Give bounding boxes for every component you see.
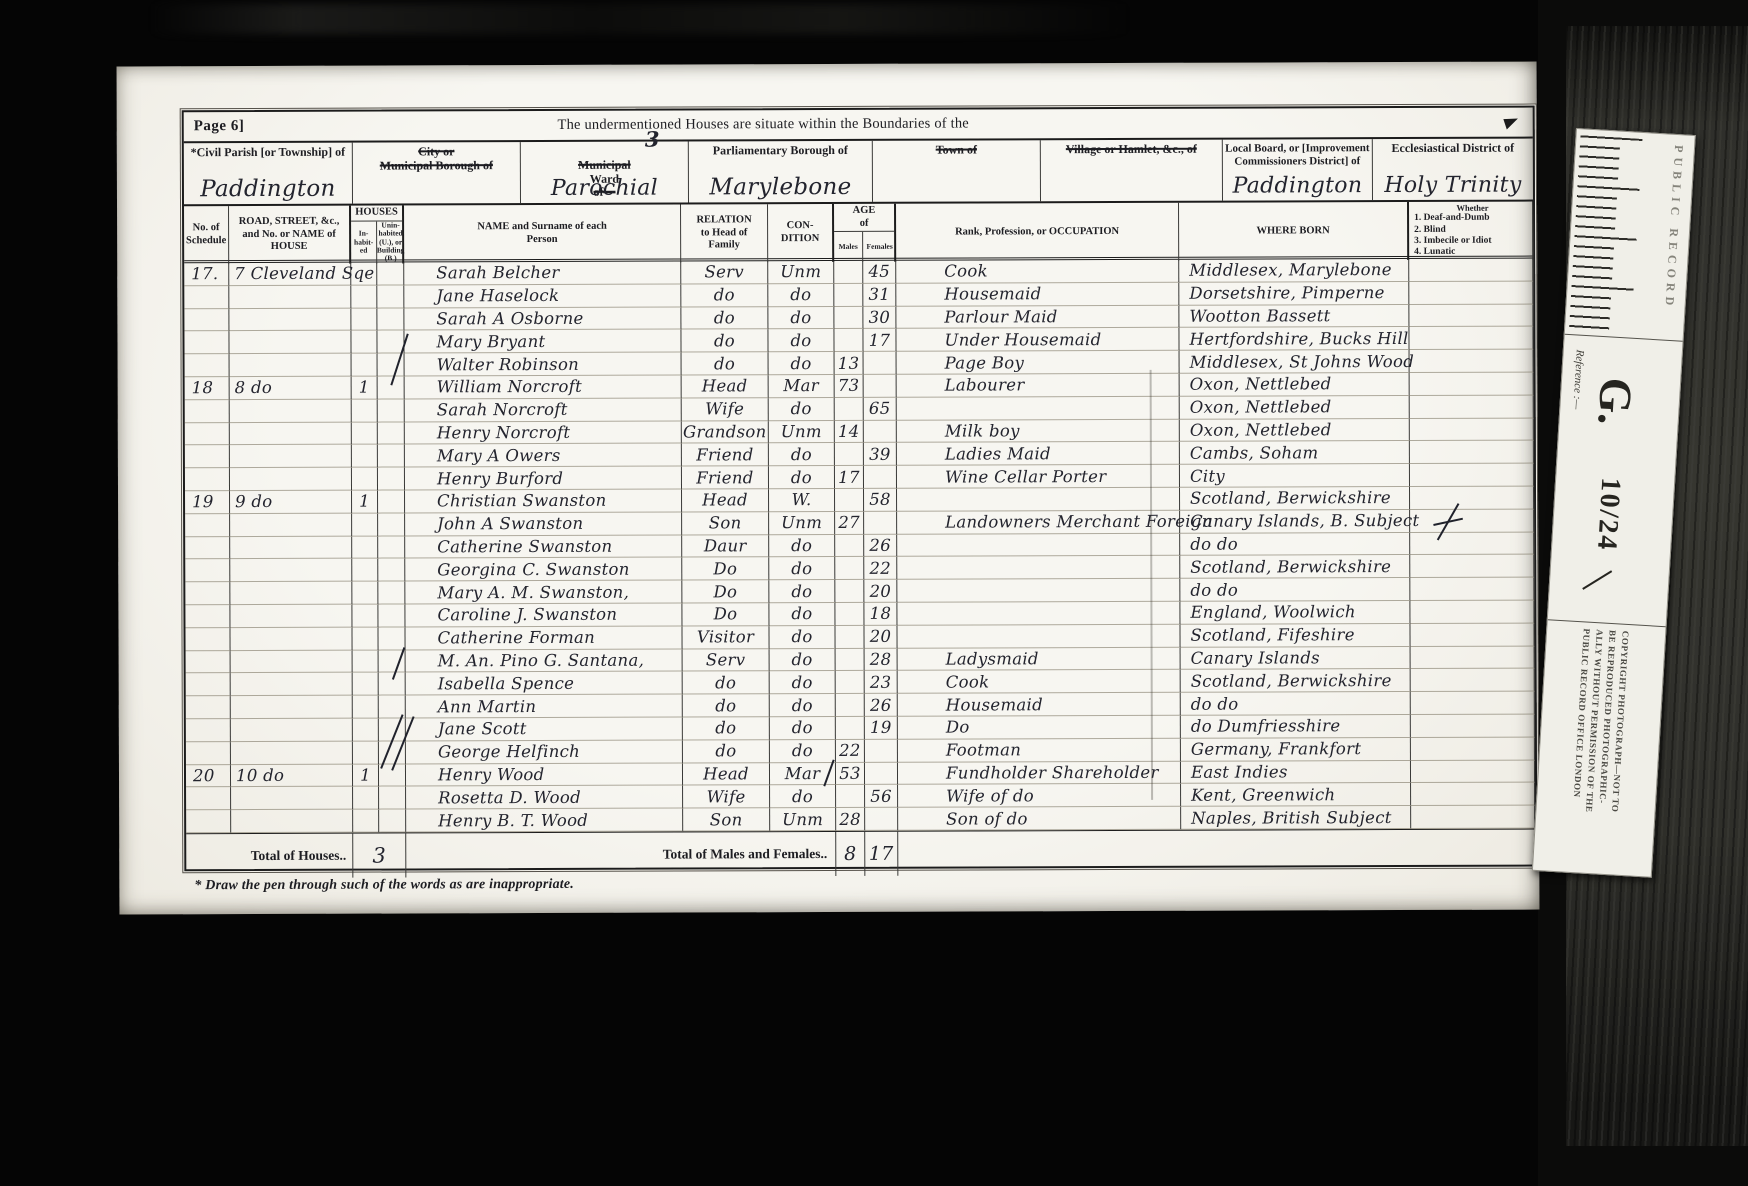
cell-relation: do — [683, 694, 770, 717]
cell-relation: do — [683, 672, 770, 695]
cell-schedule — [186, 673, 231, 696]
civil-parish-value: Paddington — [184, 176, 352, 203]
village-cell: Village or Hamlet, &c., of — [1041, 140, 1223, 202]
cell-where-born: do do — [1180, 578, 1410, 602]
col-schedule: No. of Schedule — [184, 206, 229, 264]
cell-age-females: 31 — [863, 284, 896, 307]
cell-infirmity — [1409, 259, 1533, 282]
col-infirmity: Whether 1. Deaf-and-Dumb 2. Blind 3. Imb… — [1409, 202, 1533, 260]
cell-road — [231, 650, 353, 673]
cell-name: George Helfinch — [406, 740, 683, 764]
cell-road: 9 do — [230, 491, 352, 514]
local-board-value: Paddington — [1223, 173, 1372, 199]
cell-road — [229, 331, 351, 354]
reference-slash — [1582, 570, 1612, 590]
cell-road — [229, 308, 351, 331]
cell-infirmity — [1410, 418, 1534, 441]
cell-age-males — [835, 534, 864, 557]
cell-where-born: Scotland, Berwickshire — [1180, 555, 1410, 579]
census-entries: 17. 7 Cleveland Sqe Sarah Belcher Serv U… — [184, 259, 1535, 834]
cell-name: Henry Norcroft — [405, 421, 682, 445]
cell-uninhabited — [379, 810, 406, 833]
cell-infirmity — [1409, 281, 1533, 304]
cell-age-females: 58 — [864, 489, 897, 512]
cell-relation: Visitor — [682, 626, 769, 649]
cell-schedule — [185, 400, 230, 423]
cell-infirmity — [1411, 714, 1535, 737]
cell-inhabited — [352, 605, 378, 628]
cell-name: Catherine Swanston — [405, 535, 682, 559]
cell-occupation: Under Housemaid — [896, 328, 1179, 352]
film-scratch-top — [150, 4, 1130, 34]
cell-inhabited — [352, 354, 378, 377]
cell-name: William Norcroft — [405, 375, 682, 399]
cell-road — [229, 285, 351, 308]
civil-parish-label: *Civil Parish [or Township] of — [184, 146, 352, 160]
cell-uninhabited — [377, 308, 404, 331]
cell-schedule — [186, 787, 231, 810]
cell-inhabited — [352, 513, 378, 536]
cell-where-born: Kent, Greenwich — [1181, 783, 1411, 807]
cell-uninhabited — [377, 262, 404, 285]
cell-inhabited — [352, 399, 378, 422]
cell-schedule — [185, 514, 230, 537]
cell-relation: do — [682, 352, 769, 375]
cell-name: Henry B. T. Wood — [406, 809, 683, 833]
cell-schedule: 20 — [186, 765, 231, 788]
cell-inhabited — [353, 650, 379, 673]
cell-condition: Unm — [769, 421, 835, 444]
cell-name: Georgina C. Swanston — [405, 558, 682, 582]
cell-occupation — [897, 533, 1180, 557]
cell-age-females — [864, 352, 897, 375]
cell-occupation: Milk boy — [897, 419, 1180, 443]
cell-relation: Head — [683, 763, 770, 786]
cell-relation: Do — [682, 580, 769, 603]
cell-condition: do — [770, 671, 836, 694]
ruler-ticks-long — [1569, 135, 1642, 331]
cell-where-born: Scotland, Berwickshire — [1180, 487, 1410, 511]
cell-age-females: 65 — [864, 398, 897, 421]
cell-road: 8 do — [230, 377, 352, 400]
cell-age-females: 28 — [865, 648, 898, 671]
cell-relation: Do — [682, 603, 769, 626]
cell-schedule — [186, 810, 231, 833]
municipal-ward-cell: Municipal Ward of— 3 Parochial — [521, 141, 689, 203]
cell-where-born: do do — [1180, 533, 1410, 557]
cell-condition: Unm — [769, 512, 835, 535]
cell-condition: do — [770, 717, 836, 740]
ecclesiastical-value: Holy Trinity — [1373, 173, 1533, 199]
cell-name: Jane Haselock — [404, 284, 681, 308]
cell-name: Caroline J. Swanston — [405, 603, 682, 627]
cell-occupation: Ladies Maid — [897, 442, 1180, 466]
cell-age-males — [834, 306, 863, 329]
cell-infirmity — [1411, 806, 1535, 829]
cell-schedule — [185, 537, 230, 560]
cell-occupation: Wife of do — [898, 784, 1181, 808]
reference-series: G. — [1587, 376, 1643, 426]
cell-infirmity — [1410, 464, 1534, 487]
cell-age-females: 45 — [863, 261, 896, 284]
cell-uninhabited — [378, 582, 405, 605]
cell-road — [230, 399, 352, 422]
cell-uninhabited — [378, 627, 405, 650]
cell-age-males — [835, 557, 864, 580]
cell-age-males: 13 — [835, 352, 864, 375]
cell-age-males: 73 — [835, 375, 864, 398]
cell-relation: Grandson — [682, 421, 769, 444]
cell-uninhabited — [378, 399, 405, 422]
cell-age-males: 28 — [836, 808, 865, 831]
cell-schedule — [185, 423, 230, 446]
cell-condition: do — [770, 740, 836, 763]
cell-inhabited — [353, 696, 379, 719]
cell-occupation — [897, 488, 1180, 512]
cell-occupation — [897, 602, 1180, 626]
cell-schedule — [186, 719, 231, 742]
cell-schedule — [184, 309, 229, 332]
village-label: Village or Hamlet, &c., of — [1041, 143, 1222, 157]
cell-schedule — [186, 742, 231, 765]
cell-age-females: 19 — [865, 717, 898, 740]
cell-infirmity — [1410, 623, 1534, 646]
town-cell: Town of — [873, 140, 1041, 202]
cell-age-females: 26 — [865, 694, 898, 717]
cell-schedule: 18 — [185, 377, 230, 400]
cell-condition: do — [769, 580, 835, 603]
cell-inhabited — [352, 422, 378, 445]
cell-relation: Wife — [683, 786, 770, 809]
page-heading: The undermentioned Houses are situate wi… — [354, 114, 1383, 135]
cell-where-born: Germany, Frankfort — [1181, 738, 1411, 762]
cell-age-females — [865, 808, 898, 831]
cell-road — [231, 787, 353, 810]
total-males-females-label: Total of Males and Females.. — [406, 832, 836, 878]
cell-occupation — [897, 579, 1180, 603]
cell-age-males — [835, 626, 864, 649]
cell-name: John A Swanston — [405, 512, 682, 536]
cell-condition: do — [769, 626, 835, 649]
cell-uninhabited — [378, 468, 405, 491]
cell-infirmity — [1411, 783, 1535, 806]
col-name: NAME and Surname of each Person — [404, 205, 681, 264]
cell-condition: do — [769, 603, 835, 626]
cell-relation: Friend — [682, 444, 769, 467]
cell-inhabited — [353, 719, 379, 742]
cell-age-females — [865, 762, 898, 785]
cell-where-born: Oxon, Nettlebed — [1180, 373, 1410, 397]
col-infirmity-list: 1. Deaf-and-Dumb 2. Blind 3. Imbecile or… — [1414, 213, 1492, 259]
cell-occupation: Labourer — [897, 374, 1180, 398]
col-inhabited: In- habit- ed — [351, 221, 377, 263]
cell-inhabited — [352, 468, 378, 491]
cell-inhabited — [351, 263, 377, 286]
cell-schedule — [185, 354, 230, 377]
cell-relation: do — [681, 330, 768, 353]
town-label: Town of — [873, 143, 1040, 157]
cell-occupation: Fundholder Shareholder — [898, 761, 1181, 785]
cell-schedule — [184, 331, 229, 354]
col-age-title: AGE of — [834, 204, 894, 232]
parliamentary-borough-cell: Parliamentary Borough of Marylebone — [689, 141, 873, 203]
cell-occupation: Parlour Maid — [896, 305, 1179, 329]
cell-infirmity — [1409, 327, 1533, 350]
total-females-value: 17 — [865, 832, 898, 876]
cell-uninhabited — [378, 490, 405, 513]
cell-inhabited — [353, 787, 379, 810]
cell-where-born: East Indies — [1181, 760, 1411, 784]
cell-inhabited — [352, 445, 378, 468]
cell-age-males — [835, 603, 864, 626]
col-where-born: WHERE BORN — [1179, 202, 1409, 261]
ecclesiastical-label: Ecclesiastical District of — [1373, 142, 1533, 156]
ecclesiastical-cell: Ecclesiastical District of Holy Trinity — [1373, 139, 1533, 201]
cell-name: Ann Martin — [406, 695, 683, 719]
cell-name: Mary A. M. Swanston, — [405, 581, 682, 605]
cell-condition: do — [768, 307, 834, 330]
cell-road — [230, 422, 352, 445]
cell-road — [230, 582, 352, 605]
cell-age-males: 53 — [836, 762, 865, 785]
cell-name: Rosetta D. Wood — [406, 786, 683, 810]
col-relation: RELATION to Head of Family — [681, 204, 768, 262]
cell-road — [231, 719, 353, 742]
cell-condition: do — [769, 352, 835, 375]
cell-road — [231, 741, 353, 764]
ink-arrow-mark — [1503, 115, 1520, 130]
cell-where-born: Cambs, Soham — [1180, 441, 1410, 465]
cell-name: Sarah A Osborne — [404, 307, 681, 331]
cell-age-females — [865, 739, 898, 762]
cell-condition: Unm — [770, 808, 836, 831]
col-infirmity-title: Whether — [1414, 203, 1531, 214]
microfilm-scan: Page 6] The undermentioned Houses are si… — [0, 0, 1748, 1186]
cell-age-females: 22 — [864, 557, 897, 580]
local-board-label: Local Board, or [Improvement Commissione… — [1223, 142, 1372, 168]
cell-name: Henry Burford — [405, 467, 682, 491]
totals-row: Total of Houses.. 3 Total of Males and F… — [186, 829, 1535, 879]
cell-age-males — [836, 717, 865, 740]
cell-inhabited — [352, 627, 378, 650]
cell-where-born: Middlesex, St Johns Wood — [1180, 350, 1410, 374]
cell-occupation: Cook — [896, 260, 1179, 284]
cell-age-males — [835, 580, 864, 603]
cell-road — [230, 468, 352, 491]
cell-uninhabited — [377, 285, 404, 308]
cell-age-males: 27 — [835, 512, 864, 535]
cell-name: Catherine Forman — [405, 626, 682, 650]
table-row: Henry B. T. Wood Son Unm 28 Son of do Na… — [186, 806, 1535, 834]
cell-condition: Mar — [769, 375, 835, 398]
cell-age-females — [864, 466, 897, 489]
cell-uninhabited — [379, 787, 406, 810]
cell-condition: do — [769, 398, 835, 421]
cell-age-males — [834, 329, 863, 352]
locality-row: *Civil Parish [or Township] of Paddingto… — [184, 139, 1533, 207]
copyright-notice: COPYRIGHT PHOTOGRAPH—NOT TO BE REPRODUCE… — [1533, 619, 1666, 877]
cell-relation: Son — [682, 512, 769, 535]
cell-age-males: 17 — [835, 466, 864, 489]
cell-road — [230, 627, 352, 650]
cell-road — [231, 673, 353, 696]
cell-infirmity — [1410, 600, 1534, 623]
cell-name: M. An. Pino G. Santana, — [406, 649, 683, 673]
cell-infirmity — [1410, 373, 1534, 396]
total-males-value: 8 — [836, 832, 865, 876]
totals-empty — [898, 830, 1535, 876]
cell-schedule — [185, 605, 230, 628]
col-houses-group: HOUSES In- habit- ed Unin- habited (U.),… — [351, 205, 404, 263]
cell-condition: do — [769, 443, 835, 466]
cell-schedule — [184, 286, 229, 309]
cell-road — [230, 536, 352, 559]
cell-occupation: Son of do — [898, 807, 1181, 831]
cell-road — [230, 354, 352, 377]
cell-infirmity — [1410, 532, 1534, 555]
cell-condition: do — [769, 535, 835, 558]
cell-age-females: 30 — [863, 306, 896, 329]
cell-condition: do — [769, 466, 835, 489]
cell-infirmity — [1411, 669, 1535, 692]
cell-age-females: 18 — [864, 603, 897, 626]
cell-relation: Head — [682, 375, 769, 398]
footnote: * Draw the pen through such of the words… — [194, 877, 574, 894]
col-age-group: AGE of Males Females — [834, 204, 896, 262]
cell-age-females: 26 — [864, 534, 897, 557]
col-condition: CON- DITION — [768, 204, 834, 262]
cell-name: Sarah Belcher — [404, 262, 681, 286]
cell-age-males — [836, 694, 865, 717]
cell-occupation: Housemaid — [898, 693, 1181, 717]
cell-name: Jane Scott — [406, 717, 683, 741]
cell-occupation: Cook — [898, 670, 1181, 694]
cell-relation: do — [681, 284, 768, 307]
cell-schedule: 17. — [184, 263, 229, 286]
cell-where-born: Naples, British Subject — [1181, 806, 1411, 830]
cell-infirmity — [1411, 692, 1535, 715]
cell-condition: do — [768, 329, 834, 352]
cell-age-males — [836, 785, 865, 808]
cell-condition: do — [768, 284, 834, 307]
cell-where-born: Canary Islands — [1181, 647, 1411, 671]
cell-where-born: Dorsetshire, Pimperne — [1179, 282, 1409, 306]
col-age-males: Males — [834, 232, 863, 262]
cell-where-born: Canary Islands, B. Subject — [1180, 510, 1410, 534]
cell-schedule — [186, 651, 231, 674]
cell-inhabited — [353, 741, 379, 764]
cell-road — [230, 513, 352, 536]
cell-where-born: Middlesex, Marylebone — [1179, 259, 1409, 283]
total-houses-value: 3 — [353, 833, 406, 877]
cell-age-males — [835, 398, 864, 421]
local-board-cell: Local Board, or [Improvement Commissione… — [1223, 139, 1373, 201]
cell-relation: Serv — [681, 261, 768, 284]
census-table-frame: Page 6] The undermentioned Houses are si… — [182, 106, 1538, 872]
cell-uninhabited — [378, 604, 405, 627]
total-houses-label: Total of Houses.. — [186, 834, 353, 879]
cell-occupation: Landowners Merchant Foreign — [897, 511, 1180, 535]
cell-where-born: do do — [1181, 692, 1411, 716]
cell-occupation: Footman — [898, 739, 1181, 763]
cell-relation: Friend — [682, 466, 769, 489]
ward-label-struck-1: Municipal — [578, 157, 631, 171]
cell-infirmity — [1410, 509, 1534, 532]
cell-schedule — [185, 468, 230, 491]
census-page: Page 6] The undermentioned Houses are si… — [117, 62, 1540, 915]
cell-uninhabited — [378, 559, 405, 582]
reference-section: Reference :— G. 10/24 — [1548, 335, 1683, 626]
cell-inhabited — [353, 810, 379, 833]
cell-uninhabited — [378, 445, 405, 468]
cell-age-males: 22 — [836, 740, 865, 763]
cell-where-born: Oxon, Nettlebed — [1180, 396, 1410, 420]
ward-annotation: 3 — [645, 127, 660, 152]
cell-age-females: 17 — [863, 329, 896, 352]
page-number: Page 6] — [184, 118, 354, 136]
col-age-females: Females — [863, 232, 896, 262]
cell-schedule — [185, 582, 230, 605]
cell-infirmity — [1411, 646, 1535, 669]
cell-age-females — [864, 512, 897, 535]
cell-where-born: Hertfordshire, Bucks Hill — [1179, 327, 1409, 351]
cell-age-males — [834, 284, 863, 307]
cell-schedule — [185, 445, 230, 468]
cell-name: Isabella Spence — [406, 672, 683, 696]
cell-relation: do — [683, 717, 770, 740]
cell-inhabited — [351, 285, 377, 308]
cell-schedule — [186, 696, 231, 719]
cell-infirmity — [1411, 737, 1535, 760]
cell-inhabited: 1 — [352, 377, 378, 400]
col-road: ROAD, STREET, &c., and No. or NAME of HO… — [229, 206, 351, 264]
cell-schedule — [185, 628, 230, 651]
cell-age-males — [836, 648, 865, 671]
cell-where-born: City — [1180, 464, 1410, 488]
column-header-row: No. of Schedule ROAD, STREET, &c., and N… — [184, 202, 1533, 264]
cell-occupation: Do — [898, 716, 1181, 740]
cell-infirmity — [1410, 555, 1534, 578]
cell-age-females: 56 — [865, 785, 898, 808]
cell-uninhabited — [378, 536, 405, 559]
cell-age-males — [834, 261, 863, 284]
cell-name: Mary A Owers — [405, 444, 682, 468]
cell-name: Henry Wood — [406, 763, 683, 787]
cell-road: 10 do — [231, 764, 353, 787]
cell-where-born: Wootton Bassett — [1179, 305, 1409, 329]
cell-age-females: 20 — [864, 626, 897, 649]
cell-name: Mary Bryant — [404, 330, 681, 354]
parliamentary-borough-label: Parliamentary Borough of — [689, 144, 872, 158]
cell-where-born: do Dumfriesshire — [1181, 715, 1411, 739]
cell-relation: Wife — [682, 398, 769, 421]
cell-infirmity — [1410, 441, 1534, 464]
cell-age-males — [835, 489, 864, 512]
cell-where-born: England, Woolwich — [1180, 601, 1410, 625]
cell-occupation — [897, 556, 1180, 580]
cell-age-females: 23 — [865, 671, 898, 694]
cell-condition: W. — [769, 489, 835, 512]
cell-occupation — [897, 625, 1180, 649]
cell-road — [231, 810, 353, 833]
cell-occupation: Wine Cellar Porter — [897, 465, 1180, 489]
cell-inhabited: 1 — [352, 491, 378, 514]
cell-where-born: Scotland, Berwickshire — [1181, 669, 1411, 693]
cell-inhabited — [352, 536, 378, 559]
archive-text: PUBLIC RECORD — [1661, 145, 1686, 311]
cell-road — [230, 559, 352, 582]
cell-where-born: Oxon, Nettlebed — [1180, 419, 1410, 443]
